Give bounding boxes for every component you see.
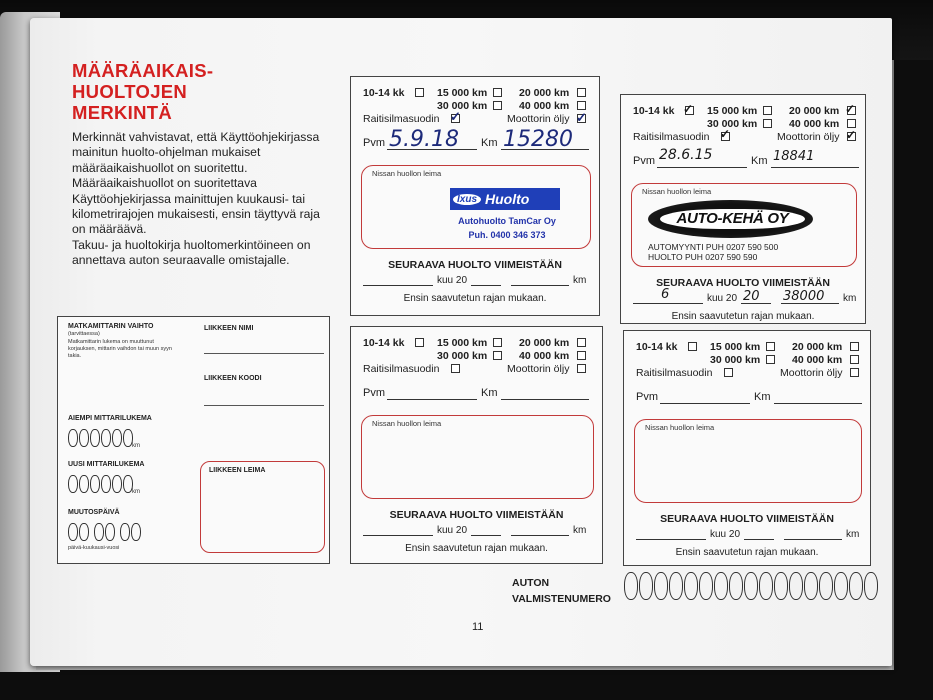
badge-text: Huolto	[485, 191, 529, 207]
cabin-filter-label: Raitisilmasuodin	[636, 367, 712, 379]
km-30000-checkbox[interactable]	[493, 101, 502, 110]
change-date-label: MUUTOSPÄIVÄ	[68, 509, 120, 516]
km-15000-checkbox[interactable]	[493, 88, 502, 97]
vin-digit-box[interactable]	[759, 572, 773, 600]
next-service-heading: SEURAAVA HUOLTO VIIMEISTÄÄN	[624, 513, 870, 525]
handwritten-next-month: 6	[661, 287, 669, 302]
km-field[interactable]	[501, 399, 589, 400]
vin-digit-boxes[interactable]	[624, 572, 878, 600]
next-month-field[interactable]	[363, 285, 433, 286]
intro-paragraph: Määräaikaishuollot on suoritettava Käytt…	[72, 176, 334, 238]
period-checkmark: ✓	[683, 103, 693, 115]
digit-box[interactable]	[120, 523, 130, 541]
km-20000-checkmark: ✓	[845, 103, 855, 115]
workshop-stamp: IxusHuoltoAutohuolto TamCar OyPuh. 0400 …	[450, 188, 570, 248]
engine-oil-checkmark: ✓	[846, 129, 856, 141]
intro-paragraph: Takuu- ja huoltokirja huoltomerkintöinee…	[72, 238, 334, 269]
next-year-field[interactable]	[744, 539, 774, 540]
handwritten-date: 28.6.15	[659, 147, 712, 163]
dealer-name-label: LIIKKEEN NIMI	[204, 325, 253, 332]
km-15000-label: 15 000 km	[437, 337, 487, 349]
km-40000-checkbox[interactable]	[577, 101, 586, 110]
service-card: 10-14 kk15 000 km20 000 km30 000 km40 00…	[350, 326, 603, 564]
next-km-field[interactable]	[784, 539, 842, 540]
km-field[interactable]	[774, 403, 862, 404]
km-unit: km	[132, 443, 140, 449]
stamp-caption: Nissan huollon leima	[372, 419, 441, 428]
change-date-digits[interactable]	[68, 523, 141, 541]
dealer-code-field[interactable]	[204, 405, 324, 406]
km-15000-label: 15 000 km	[437, 87, 487, 99]
next-year-field[interactable]	[471, 285, 501, 286]
engine-oil-checkbox[interactable]	[577, 364, 586, 373]
odometer-title: MATKAMITTARIN VAIHTO	[68, 323, 153, 330]
service-card: 10-14 kk15 000 km20 000 km30 000 km40 00…	[623, 330, 871, 566]
vin-digit-box[interactable]	[729, 572, 743, 600]
handwritten-next-year: 20	[743, 289, 760, 304]
vin-digit-box[interactable]	[849, 572, 863, 600]
km-30000-checkbox[interactable]	[763, 119, 772, 128]
vin-digit-box[interactable]	[804, 572, 818, 600]
period-label: 10-14 kk	[363, 87, 404, 99]
digit-box[interactable]	[90, 475, 100, 493]
digit-box[interactable]	[79, 429, 89, 447]
intro-paragraph: Merkinnät vahvistavat, että Käyttöohjeki…	[72, 130, 334, 176]
vin-digit-box[interactable]	[654, 572, 668, 600]
vin-digit-box[interactable]	[864, 572, 878, 600]
km-15000-checkbox[interactable]	[493, 338, 502, 347]
page-number: 11	[472, 621, 483, 633]
km-20000-checkbox[interactable]	[850, 342, 859, 351]
digit-box[interactable]	[68, 523, 78, 541]
stamp-caption: Nissan huollon leima	[372, 169, 441, 178]
km-suffix: km	[843, 293, 856, 304]
vin-digit-box[interactable]	[714, 572, 728, 600]
cabin-filter-checkbox[interactable]	[724, 368, 733, 377]
km-suffix: km	[846, 529, 859, 540]
km-15000-checkbox[interactable]	[766, 342, 775, 351]
km-label: Km	[481, 137, 498, 149]
next-year-field[interactable]	[471, 535, 501, 536]
cabin-filter-label: Raitisilmasuodin	[363, 113, 439, 125]
km-30000-label: 30 000 km	[710, 354, 760, 366]
next-km-field[interactable]	[511, 535, 569, 536]
km-40000-checkbox[interactable]	[577, 351, 586, 360]
km-label: Km	[754, 391, 771, 403]
km-20000-label: 20 000 km	[519, 337, 569, 349]
date-label: Pvm	[636, 391, 658, 403]
km-15000-label: 15 000 km	[710, 341, 760, 353]
engine-oil-checkmark: ✓	[576, 111, 587, 124]
workshop-phone: Puh. 0400 346 373	[442, 230, 572, 240]
km-15000-checkbox[interactable]	[763, 106, 772, 115]
cabin-filter-label: Raitisilmasuodin	[363, 363, 439, 375]
vin-label: AUTON VALMISTENUMERO	[512, 575, 611, 607]
engine-oil-label: Moottorin öljy	[780, 367, 842, 379]
digit-box[interactable]	[105, 523, 115, 541]
period-label: 10-14 kk	[633, 105, 674, 117]
next-month-field[interactable]	[363, 535, 433, 536]
digit-box[interactable]	[79, 523, 89, 541]
stamp-caption: Nissan huollon leima	[645, 423, 714, 432]
card-footer: Ensin saavutetun rajan mukaan.	[624, 547, 870, 558]
workshop-name: Autohuolto TamCar Oy	[442, 216, 572, 226]
handwritten-next-km: 38000	[783, 289, 824, 304]
period-checkbox[interactable]	[415, 88, 424, 97]
next-service-heading: SEURAAVA HUOLTO VIIMEISTÄÄN	[351, 259, 599, 271]
service-card: 10-14 kk15 000 km20 000 km30 000 km40 00…	[350, 76, 600, 316]
huolto-badge: IxusHuolto	[450, 188, 560, 210]
digit-box[interactable]	[112, 429, 122, 447]
km-30000-checkbox[interactable]	[766, 355, 775, 364]
period-label: 10-14 kk	[363, 337, 404, 349]
page-title: MÄÄRÄAIKAIS- HUOLTOJEN MERKINTÄ	[72, 60, 292, 123]
km-40000-label: 40 000 km	[789, 118, 839, 130]
new-reading-label: UUSI MITTARILUKEMA	[68, 461, 144, 468]
digit-box[interactable]	[101, 429, 111, 447]
handwritten-date: 5.9.18	[389, 127, 459, 152]
workshop-phone-sales: AUTOMYYNTI PUH 0207 590 500	[648, 242, 778, 252]
engine-oil-label: Moottorin öljy	[507, 363, 569, 375]
intro-text: Merkinnät vahvistavat, että Käyttöohjeki…	[72, 130, 334, 269]
workshop-phone-service: HUOLTO PUH 0207 590 590	[648, 252, 757, 262]
digit-box[interactable]	[94, 523, 104, 541]
stamp-area: Nissan huollon leima	[634, 419, 862, 503]
card-footer: Ensin saavutetun rajan mukaan.	[621, 311, 865, 322]
workshop-name: AUTO-KEHÄ OY	[660, 209, 805, 229]
period-checkbox[interactable]	[415, 338, 424, 347]
stamp-area: Nissan huollon leima	[361, 415, 594, 499]
date-label: Pvm	[633, 155, 655, 167]
old-reading-digits[interactable]	[68, 429, 133, 447]
cabin-filter-checkmark: ✓	[720, 128, 730, 140]
next-month-suffix: kuu 20	[437, 275, 467, 286]
km-30000-label: 30 000 km	[707, 118, 757, 130]
dealer-name-field[interactable]	[204, 353, 324, 354]
vin-digit-box[interactable]	[669, 572, 683, 600]
vin-digit-box[interactable]	[819, 572, 833, 600]
new-reading-digits[interactable]	[68, 475, 133, 493]
km-15000-label: 15 000 km	[707, 105, 757, 117]
digit-box[interactable]	[90, 429, 100, 447]
engine-oil-label: Moottorin öljy	[777, 131, 839, 143]
vin-label-line: VALMISTENUMERO	[512, 591, 611, 607]
odometer-change-box: MATKAMITTARIN VAIHTO (tarvittaessa) Matk…	[57, 316, 330, 564]
stamp-caption: Nissan huollon leima	[642, 187, 711, 196]
vin-digit-box[interactable]	[834, 572, 848, 600]
period-checkbox[interactable]	[688, 342, 697, 351]
date-field[interactable]	[657, 167, 747, 168]
km-unit: km	[132, 489, 140, 495]
vin-digit-box[interactable]	[774, 572, 788, 600]
cabin-filter-checkbox[interactable]	[451, 364, 460, 373]
vin-digit-box[interactable]	[744, 572, 758, 600]
km-40000-label: 40 000 km	[792, 354, 842, 366]
title-line: HUOLTOJEN	[72, 81, 292, 102]
digit-box[interactable]	[131, 523, 141, 541]
stamp-area: Nissan huollon leimaAUTO-KEHÄ OYAUTOMYYN…	[631, 183, 857, 267]
km-label: Km	[751, 155, 768, 167]
stamp-label: LIIKKEEN LEIMA	[209, 467, 265, 474]
odometer-note: Matkamittarin lukema on muuttunut korjau…	[68, 339, 183, 360]
handwritten-km: 15280	[503, 127, 573, 152]
date-field[interactable]	[660, 403, 750, 404]
vin-digit-box[interactable]	[624, 572, 638, 600]
km-suffix: km	[573, 275, 586, 286]
card-footer: Ensin saavutetun rajan mukaan.	[351, 543, 602, 554]
km-20000-label: 20 000 km	[519, 87, 569, 99]
km-40000-label: 40 000 km	[519, 350, 569, 362]
next-service-heading: SEURAAVA HUOLTO VIIMEISTÄÄN	[621, 277, 865, 289]
km-40000-checkbox[interactable]	[847, 119, 856, 128]
next-month-field[interactable]	[636, 539, 706, 540]
dealer-code-label: LIIKKEEN KOODI	[204, 375, 262, 382]
km-30000-label: 30 000 km	[437, 350, 487, 362]
km-40000-label: 40 000 km	[519, 100, 569, 112]
km-20000-checkbox[interactable]	[577, 88, 586, 97]
digit-box[interactable]	[68, 475, 78, 493]
digit-box[interactable]	[101, 475, 111, 493]
km-label: Km	[481, 387, 498, 399]
stamp-area: Nissan huollon leimaIxusHuoltoAutohuolto…	[361, 165, 591, 249]
next-month-suffix: kuu 20	[710, 529, 740, 540]
next-month-suffix: kuu 20	[707, 293, 737, 304]
vin-digit-box[interactable]	[639, 572, 653, 600]
digit-box[interactable]	[112, 475, 122, 493]
next-month-field[interactable]	[633, 303, 703, 304]
km-30000-label: 30 000 km	[437, 100, 487, 112]
dealer-stamp-area: LIIKKEEN LEIMA	[200, 461, 325, 553]
km-40000-checkbox[interactable]	[850, 355, 859, 364]
date-label: Pvm	[363, 387, 385, 399]
digit-box[interactable]	[68, 429, 78, 447]
engine-oil-label: Moottorin öljy	[507, 113, 569, 125]
date-format-hint: päivä-kuukausi-vuosi	[68, 545, 119, 552]
km-20000-label: 20 000 km	[789, 105, 839, 117]
km-20000-label: 20 000 km	[792, 341, 842, 353]
cabin-filter-checkmark: ✓	[450, 110, 461, 123]
workshop-stamp: AUTO-KEHÄ OY	[648, 200, 813, 238]
next-month-suffix: kuu 20	[437, 525, 467, 536]
date-field[interactable]	[387, 399, 477, 400]
next-service-heading: SEURAAVA HUOLTO VIIMEISTÄÄN	[351, 509, 602, 521]
km-30000-checkbox[interactable]	[493, 351, 502, 360]
title-line: MERKINTÄ	[72, 102, 292, 123]
handwritten-km: 18841	[773, 149, 814, 164]
vin-label-line: AUTON	[512, 575, 611, 591]
vin-digit-box[interactable]	[684, 572, 698, 600]
engine-oil-checkbox[interactable]	[850, 368, 859, 377]
badge-prefix: Ixus	[453, 194, 481, 205]
next-km-field[interactable]	[511, 285, 569, 286]
date-label: Pvm	[363, 137, 385, 149]
cabin-filter-label: Raitisilmasuodin	[633, 131, 709, 143]
km-suffix: km	[573, 525, 586, 536]
km-field[interactable]	[771, 167, 859, 168]
old-reading-label: AIEMPI MITTARILUKEMA	[68, 415, 152, 422]
service-card: 10-14 kk15 000 km20 000 km30 000 km40 00…	[620, 94, 866, 324]
card-footer: Ensin saavutetun rajan mukaan.	[351, 293, 599, 304]
vin-digit-box[interactable]	[699, 572, 713, 600]
odometer-subtitle: (tarvittaessa)	[68, 331, 100, 338]
km-20000-checkbox[interactable]	[577, 338, 586, 347]
period-label: 10-14 kk	[636, 341, 677, 353]
digit-box[interactable]	[79, 475, 89, 493]
vin-digit-box[interactable]	[789, 572, 803, 600]
title-line: MÄÄRÄAIKAIS-	[72, 60, 292, 81]
